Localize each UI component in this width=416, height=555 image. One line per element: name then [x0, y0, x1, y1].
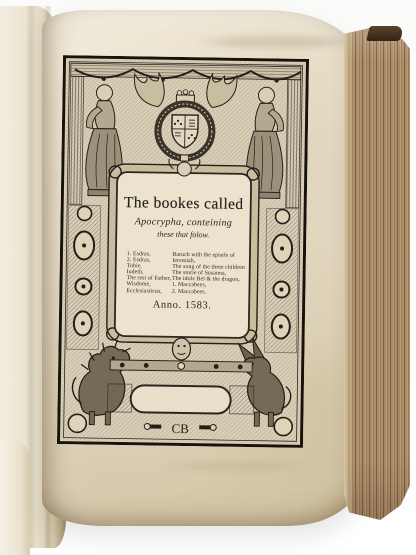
book-list-left-column: 1. Esdras, 2. Esdras, Tobie, Iudeth, The… [126, 251, 171, 294]
blank-cartouche [130, 385, 230, 414]
show-through-smudge-bottom [154, 462, 314, 471]
book-list-right-column: Baruch with the epistle of Ieremiah, The… [172, 252, 245, 296]
woodcut-border-block: CB The bookes called Apocrypha, conteini… [57, 55, 309, 448]
strapwork-left [66, 205, 100, 349]
letterpress-text: The bookes called Apocrypha, conteining … [115, 172, 252, 338]
book-item: Ecclesiasticus, [126, 288, 171, 295]
binding-edge [366, 26, 403, 41]
verso-page-corner [0, 440, 30, 555]
fore-edge-page-block [344, 24, 410, 520]
page-title: The bookes called [117, 194, 251, 214]
printer-monogram: CB [171, 421, 189, 436]
book-photo: CB The bookes called Apocrypha, conteini… [0, 0, 416, 555]
strapwork-right [264, 208, 298, 352]
show-through-smudge-top [192, 36, 360, 48]
mask-face [172, 338, 190, 360]
book-item: 2. Maccabees. [172, 288, 245, 295]
page-subtitle-2: these that folow. [116, 229, 250, 240]
apocrypha-book-list: 1. Esdras, 2. Esdras, Tobie, Iudeth, The… [115, 251, 250, 296]
page-subtitle: Apocrypha, conteining [116, 216, 250, 229]
imprint-year: Anno. 1583. [115, 299, 249, 312]
